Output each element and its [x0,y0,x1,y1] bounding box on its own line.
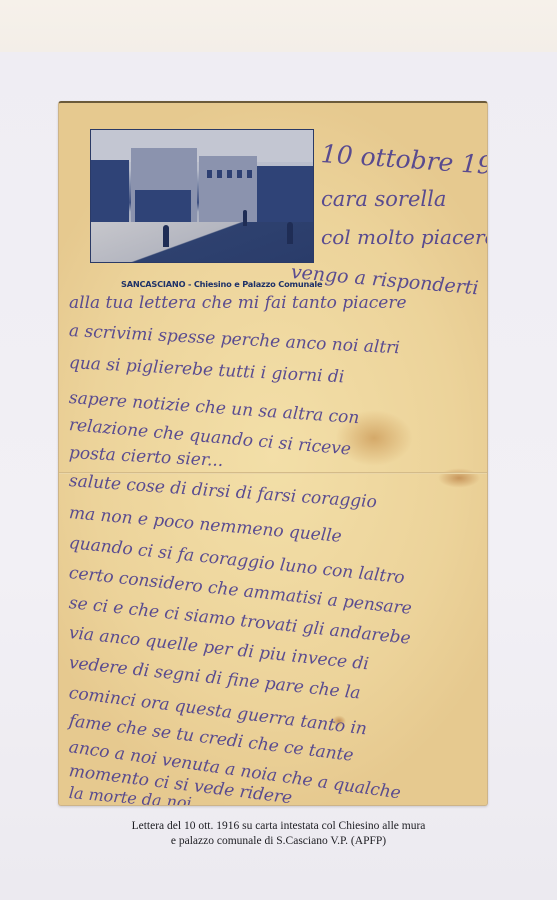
exhibit-caption: Lettera del 10 ott. 1916 su carta intest… [0,819,557,849]
caption-line-1: Lettera del 10 ott. 1916 su carta intest… [0,819,557,834]
letter-line: qua si piglierebe tutti i giorni di [68,353,344,387]
letter-date: 10 ottobre 1916 [320,139,488,182]
paper-fold-line [59,472,487,474]
letter-line: col molto piacere [321,225,488,249]
wall-background [0,0,557,52]
letter-sheet: SANCASCIANO - Chiesino e Palazzo Comunal… [58,101,488,806]
caption-line-2: e palazzo comunale di S.Casciano V.P. (A… [0,834,557,849]
letter-line: alla tua lettera che mi fai tanto piacer… [69,293,407,313]
letter-line: posta cierto sier... [68,443,223,471]
letter-line: cara sorella [321,187,446,211]
letterhead-photo [90,129,314,263]
letter-line: a scrivimi spesse perche anco noi altri [68,321,400,358]
